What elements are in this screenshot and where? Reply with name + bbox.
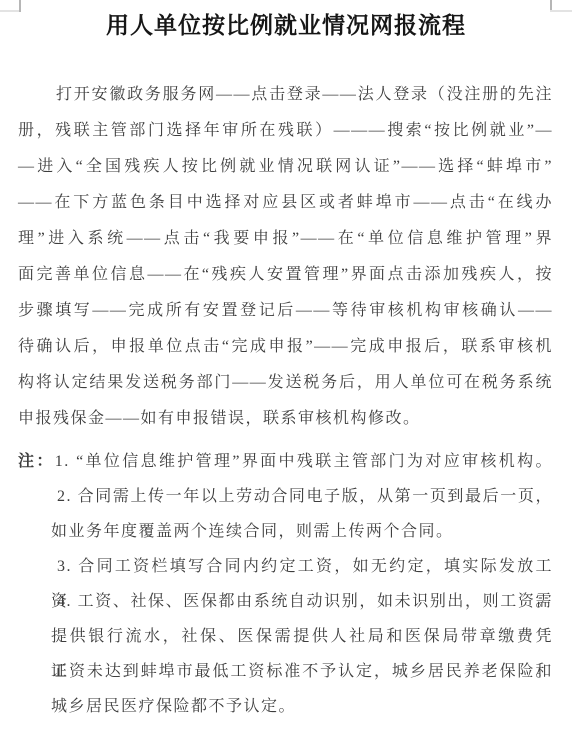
document-title: 用人单位按比例就业情况网报流程	[0, 0, 572, 40]
notes-section: 注：1. “单位信息维护管理”界面中残联主管部门为对应审核机构。 2. 合同需上…	[18, 444, 553, 724]
note-line-4: 3. 合同工资栏填写合同内约定工资，如无约定，填实际发放工资。	[51, 549, 553, 584]
note-text-1: 1. “单位信息维护管理”界面中残联主管部门为对应审核机构。	[55, 453, 553, 470]
top-right-frame-mark-horizontal	[550, 10, 572, 12]
note-line-1: 注：1. “单位信息维护管理”界面中残联主管部门为对应审核机构。	[51, 444, 553, 479]
notes-label: 注：	[18, 453, 55, 470]
paragraph-line-3: —进入“全国残疾人按比例就业情况联网认证”——选择“蚌埠市”	[18, 149, 553, 185]
paragraph-line-6: 面完善单位信息——在“残疾人安置管理”界面点击添加残疾人，按	[18, 257, 553, 293]
paragraph-line-7: 步骤填写——完成所有安置登记后——等待审核机构审核确认——	[18, 293, 553, 329]
paragraph-line-5: 理”进入系统——点击“我要申报”——在“单位信息维护管理”界	[18, 221, 553, 257]
paragraph-line-9: 构将认定结果发送税务部门——发送税务后，用人单位可在税务系统	[18, 365, 553, 401]
paragraph-line-4: ——在下方蓝色条目中选择对应县区或者蚌埠市——点击“在线办	[18, 185, 553, 221]
procedure-paragraph: 打开安徽政务服务网——点击登录——法人登录（没注册的先注 册，残联主管部门选择年…	[18, 77, 553, 437]
note-line-5: 4. 工资、社保、医保都由系统自动识别，如未识别出，则工资需	[51, 584, 553, 619]
note-line-8: 城乡居民医疗保险都不予认定。	[51, 689, 553, 724]
paragraph-line-1: 打开安徽政务服务网——点击登录——法人登录（没注册的先注	[18, 77, 553, 113]
document-page: 用人单位按比例就业情况网报流程 打开安徽政务服务网——点击登录——法人登录（没注…	[0, 0, 572, 741]
top-left-frame-mark-horizontal	[0, 10, 21, 12]
note-line-3: 如业务年度覆盖两个连续合同，则需上传两个合同。	[51, 514, 553, 549]
note-line-2: 2. 合同需上传一年以上劳动合同电子版，从第一页到最后一页，	[51, 479, 553, 514]
paragraph-line-10: 申报残保金——如有申报错误，联系审核机构修改。	[18, 401, 553, 437]
top-left-frame-mark-vertical	[19, 0, 21, 12]
note-line-6: 提供银行流水，社保、医保需提供人社局和医保局带章缴费凭证。	[51, 619, 553, 654]
paragraph-line-2: 册，残联主管部门选择年审所在残联）———搜索“按比例就业”—	[18, 113, 553, 149]
paragraph-line-8: 待确认后，申报单位点击“完成申报”——完成申报后，联系审核机	[18, 329, 553, 365]
note-line-7: 工资未达到蚌埠市最低工资标准不予认定，城乡居民养老保险和	[51, 654, 553, 689]
